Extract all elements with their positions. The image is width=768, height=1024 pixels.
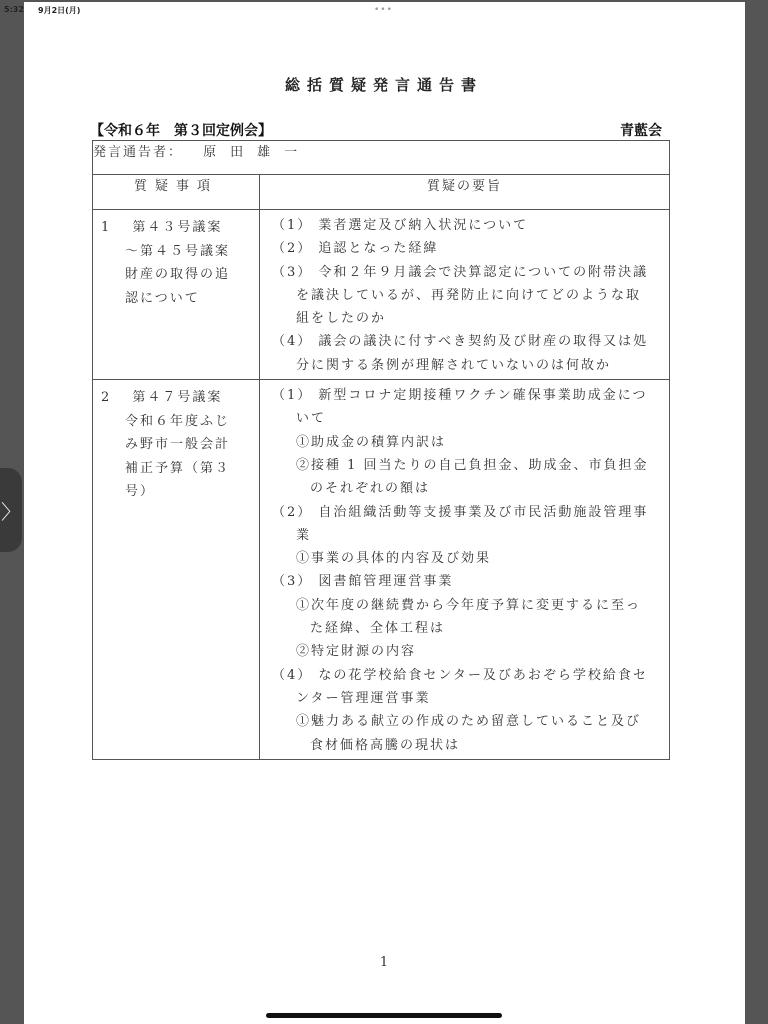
speaker-name: 原田雄一 bbox=[203, 145, 311, 160]
subject-cell: 2 第４７号議案 令和６年度ふじ み野市一般会計 補正予算（第３ 号） bbox=[93, 380, 260, 760]
speaker-label: 発言通告者： bbox=[93, 145, 183, 160]
header-subject: 質疑事項 bbox=[93, 175, 260, 210]
header-row: 質疑事項 質疑の要旨 bbox=[93, 175, 670, 210]
summary-cell: （1） 業者選定及び納入状況について （2） 追認となった経緯 （3） 令和２年… bbox=[260, 210, 670, 380]
home-indicator[interactable] bbox=[266, 1013, 502, 1018]
header-summary: 質疑の要旨 bbox=[260, 175, 670, 210]
document-title: 総括質疑発言通告書 bbox=[0, 74, 768, 95]
session-label: 【令和６年 第３回定例会】 bbox=[90, 120, 272, 140]
summary-cell: （1） 新型コロナ定期接種ワクチン確保事業助成金につ いて ①助成金の積算内訳は… bbox=[260, 380, 670, 760]
more-dots-icon[interactable]: ••• bbox=[374, 5, 393, 15]
table-row: 2 第４７号議案 令和６年度ふじ み野市一般会計 補正予算（第３ 号） （1） … bbox=[93, 380, 670, 760]
subject-cell: 1 第４３号議案 ～第４５号議案 財産の取得の追 認について bbox=[93, 210, 260, 380]
status-date: 9月2日(月) bbox=[38, 5, 80, 16]
status-time: 5:32 bbox=[4, 5, 24, 14]
speaker-row: 発言通告者： 原田雄一 bbox=[93, 141, 670, 175]
status-bar: 5:32 9月2日(月) bbox=[24, 2, 424, 16]
chevron-right-icon: 〉 bbox=[1, 496, 21, 525]
page-number: 1 bbox=[0, 955, 768, 970]
notice-table: 発言通告者： 原田雄一 質疑事項 質疑の要旨 1 第４３号議案 ～第４５号議案 … bbox=[92, 140, 670, 760]
party-name: 青藍会 bbox=[620, 120, 662, 140]
side-panel-handle[interactable]: 〉 bbox=[0, 468, 22, 552]
table-row: 1 第４３号議案 ～第４５号議案 財産の取得の追 認について （1） 業者選定及… bbox=[93, 210, 670, 380]
